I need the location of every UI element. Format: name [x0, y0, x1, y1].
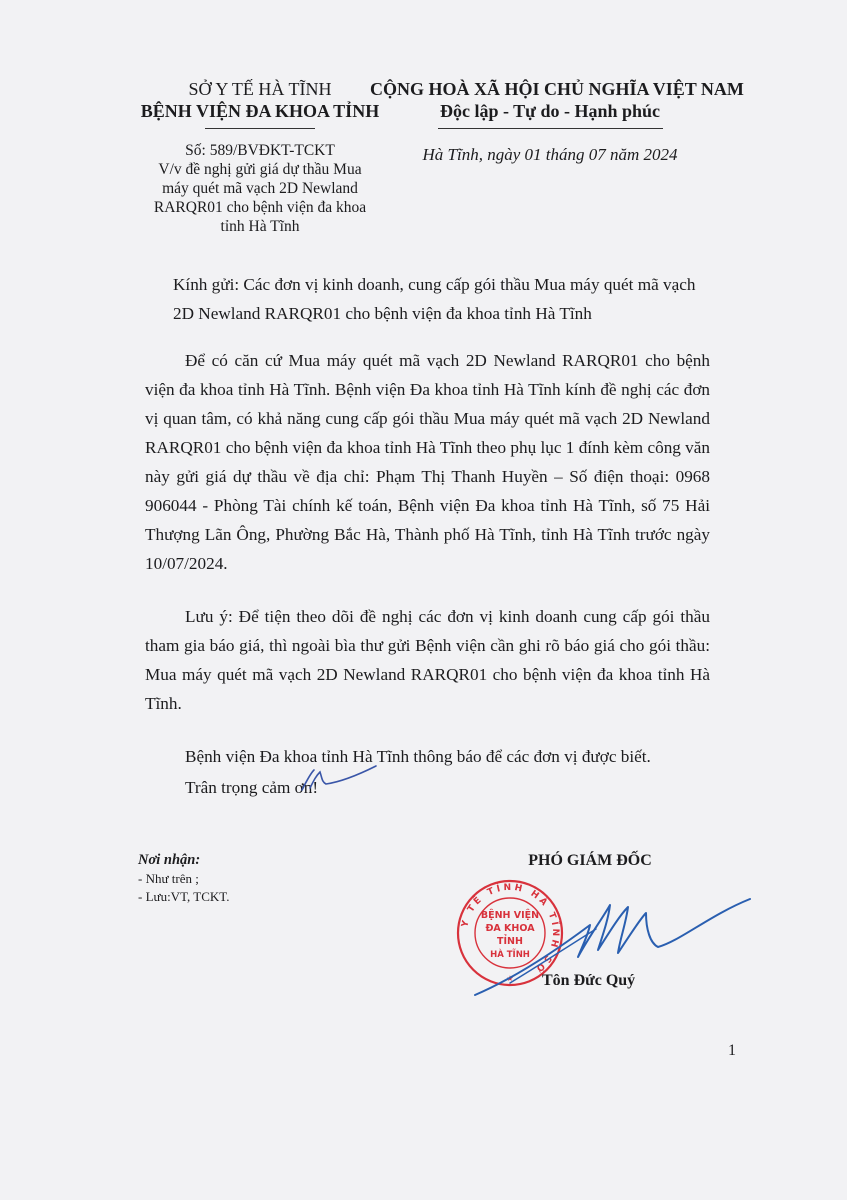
issuer-divider: [205, 128, 315, 129]
initial-mark: [300, 764, 380, 794]
subject-line: V/v đề nghị gửi giá dự thầu Mua: [120, 160, 400, 179]
ministry-name: SỞ Y TẾ HÀ TĨNH: [120, 78, 400, 100]
place-date: Hà Tĩnh, ngày 01 tháng 07 năm 2024: [370, 145, 730, 165]
document-number: Số: 589/BVĐKT-TCKT: [120, 141, 400, 160]
recipients-title: Nơi nhận:: [138, 852, 230, 869]
closing-line: Trân trọng cảm ơn!: [145, 773, 710, 802]
issuer-block: SỞ Y TẾ HÀ TĨNH BỆNH VIỆN ĐA KHOA TỈNH S…: [120, 78, 400, 236]
subject-line: RARQR01 cho bệnh viện đa khoa: [120, 198, 400, 217]
motto: Độc lập - Tự do - Hạnh phúc: [370, 100, 730, 122]
body-paragraph-1: Để có căn cứ Mua máy quét mã vạch 2D New…: [145, 346, 710, 578]
closing-text: Trân trọng cảm ơn!: [185, 778, 318, 797]
signer-title: PHÓ GIÁM ĐỐC: [480, 852, 700, 870]
page-number: 1: [728, 1042, 736, 1060]
recipients-block: Nơi nhận: - Như trên ; - Lưu:VT, TCKT.: [138, 852, 230, 905]
body-paragraph-3: Bệnh viện Đa khoa tỉnh Hà Tĩnh thông báo…: [145, 742, 710, 771]
addressee: Kính gửi: Các đơn vị kinh doanh, cung cấ…: [173, 270, 713, 328]
national-heading: CỘNG HOÀ XÃ HỘI CHỦ NGHĨA VIỆT NAM Độc l…: [370, 78, 730, 165]
hospital-name: BỆNH VIỆN ĐA KHOA TỈNH: [120, 100, 400, 122]
subject-line: tỉnh Hà Tĩnh: [120, 217, 400, 236]
subject-line: máy quét mã vạch 2D Newland: [120, 179, 400, 198]
signer-name: Tôn Đức Quý: [542, 972, 635, 990]
document-page: SỞ Y TẾ HÀ TĨNH BỆNH VIỆN ĐA KHOA TỈNH S…: [0, 0, 847, 1200]
motto-divider: [438, 128, 663, 129]
recipient-item: - Như trên ;: [138, 871, 230, 887]
nation-title: CỘNG HOÀ XÃ HỘI CHỦ NGHĨA VIỆT NAM: [370, 78, 730, 100]
recipient-item: - Lưu:VT, TCKT.: [138, 889, 230, 905]
body-paragraph-2: Lưu ý: Để tiện theo dõi đề nghị các đơn …: [145, 602, 710, 718]
